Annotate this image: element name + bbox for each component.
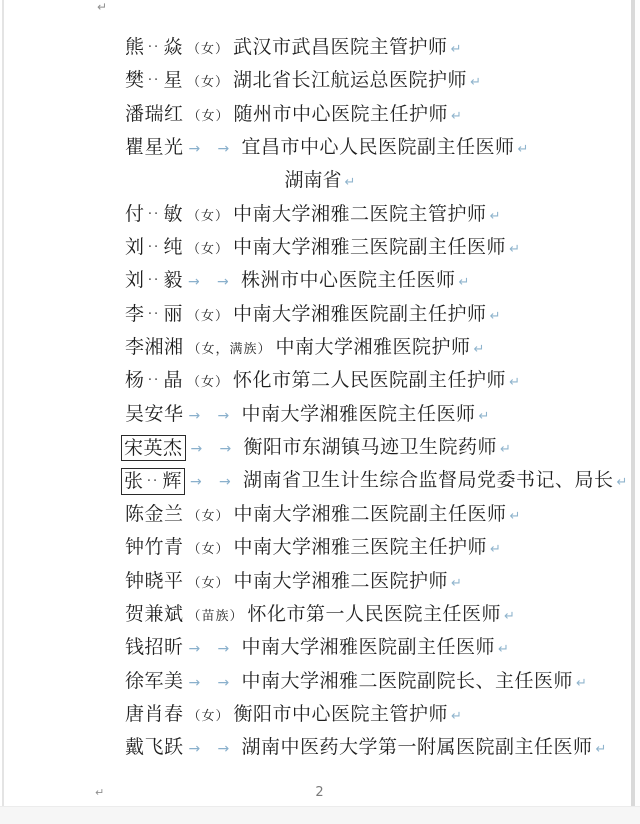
paragraph-return-icon: ↵ bbox=[509, 375, 520, 390]
paragraph-return-icon: ↵ bbox=[97, 0, 107, 14]
affiliation-text: 中南大学湘雅三医院主任护师 bbox=[234, 536, 488, 558]
entry-row: 瞿星光→→宜昌市中心人民医院副主任医师↵ bbox=[125, 131, 640, 164]
gender-ethnicity-note: （女） bbox=[187, 309, 229, 324]
entry-row: 李··丽（女）中南大学湘雅医院副主任护师↵ bbox=[125, 298, 640, 331]
affiliation-text: 中南大学湘雅二医院副院长、主任医师 bbox=[242, 670, 574, 692]
space-dots-icon: ·· bbox=[145, 198, 164, 231]
entry-row: 潘瑞红（女）随州市中心医院主任护师↵ bbox=[125, 98, 640, 131]
person-name: 张··辉 bbox=[124, 470, 182, 492]
paragraph-return-icon: ↵ bbox=[459, 275, 470, 290]
gender-ethnicity-note: （女） bbox=[187, 42, 229, 57]
person-name: 徐军美 bbox=[125, 670, 184, 692]
gender-ethnicity-note: （女） bbox=[188, 509, 230, 524]
space-dots-icon: ·· bbox=[144, 470, 163, 494]
paragraph-return-icon: ↵ bbox=[490, 209, 501, 224]
paragraph-return-icon: ↵ bbox=[490, 309, 501, 324]
person-name: 瞿星光 bbox=[125, 136, 184, 158]
tab-mark-icon: → bbox=[185, 466, 214, 499]
entry-row: 杨··晶（女）怀化市第二人民医院副主任护师↵ bbox=[125, 364, 640, 397]
person-name: 刘··纯 bbox=[125, 236, 183, 258]
space-dots-icon: ·· bbox=[145, 64, 164, 97]
paragraph-return-icon: ↵ bbox=[576, 676, 587, 691]
entry-row: 付··敏（女）中南大学湘雅二医院主管护师↵ bbox=[125, 198, 640, 231]
gender-ethnicity-note: （女） bbox=[187, 375, 229, 390]
tab-mark-icon: → bbox=[213, 733, 242, 766]
entry-row: 宋英杰→→衡阳市东湖镇马迹卫生院药师↵ bbox=[125, 431, 640, 464]
affiliation-text: 中南大学湘雅医院副主任医师 bbox=[242, 636, 496, 658]
person-name: 陈金兰 bbox=[125, 503, 184, 525]
paragraph-return-icon: ↵ bbox=[470, 75, 481, 90]
paragraph-return-icon: ↵ bbox=[504, 609, 515, 624]
person-name: 唐肖春 bbox=[125, 703, 184, 725]
word-document-page[interactable]: { "marks": { "tab_arrow": "→", "return_m… bbox=[0, 0, 640, 824]
person-name: 付··敏 bbox=[125, 203, 183, 225]
gender-ethnicity-note: （女） bbox=[188, 109, 230, 124]
tab-mark-icon: → bbox=[214, 466, 243, 499]
tab-mark-icon: → bbox=[184, 733, 213, 766]
section-heading-row: 湖南省↵ bbox=[0, 164, 640, 197]
tab-mark-icon: → bbox=[184, 133, 213, 166]
paragraph-return-icon: ↵ bbox=[509, 242, 520, 257]
space-dots-icon: ·· bbox=[145, 231, 164, 264]
person-name: 李··丽 bbox=[125, 303, 183, 325]
tab-mark-icon: → bbox=[213, 667, 242, 700]
person-name: 李湘湘 bbox=[125, 336, 184, 358]
affiliation-text: 株洲市中心医院主任医师 bbox=[241, 269, 456, 291]
name-box: 张··辉 bbox=[121, 468, 185, 495]
tab-mark-icon: → bbox=[184, 400, 213, 433]
entry-row: 钟晓平（女）中南大学湘雅二医院护师↵ bbox=[125, 565, 640, 598]
affiliation-text: 中南大学湘雅二医院主管护师 bbox=[233, 203, 487, 225]
person-name: 熊··焱 bbox=[125, 36, 183, 58]
affiliation-text: 中南大学湘雅医院护师 bbox=[276, 336, 471, 358]
entry-row: 刘··毅→→株洲市中心医院主任医师↵ bbox=[125, 264, 640, 297]
entry-row: 刘··纯（女）中南大学湘雅三医院副主任医师↵ bbox=[125, 231, 640, 264]
person-name: 钟竹青 bbox=[125, 536, 184, 558]
gender-ethnicity-note: （女） bbox=[188, 709, 230, 724]
paragraph-return-icon: ↵ bbox=[596, 742, 607, 757]
entry-row: 钱招昕→→中南大学湘雅医院副主任医师↵ bbox=[125, 631, 640, 664]
gender-ethnicity-note: （苗族） bbox=[188, 609, 244, 624]
tab-mark-icon: → bbox=[215, 433, 244, 466]
person-name: 钟晓平 bbox=[125, 570, 184, 592]
affiliation-text: 衡阳市中心医院主管护师 bbox=[234, 703, 449, 725]
space-dots-icon: ·· bbox=[145, 298, 164, 331]
tab-mark-icon: → bbox=[183, 266, 212, 299]
tab-mark-icon: → bbox=[184, 633, 213, 666]
person-name: 戴飞跃 bbox=[125, 736, 184, 758]
affiliation-text: 中南大学湘雅二医院副主任医师 bbox=[234, 503, 507, 525]
affiliation-text: 武汉市武昌医院主管护师 bbox=[233, 36, 448, 58]
affiliation-text: 中南大学湘雅三医院副主任医师 bbox=[233, 236, 506, 258]
affiliation-text: 中南大学湘雅二医院护师 bbox=[234, 570, 449, 592]
paragraph-return-icon: ↵ bbox=[474, 342, 485, 357]
space-dots-icon: ·· bbox=[145, 364, 164, 397]
affiliation-text: 衡阳市东湖镇马迹卫生院药师 bbox=[244, 436, 498, 458]
space-dots-icon: ·· bbox=[145, 264, 164, 297]
affiliation-text: 中南大学湘雅医院副主任护师 bbox=[233, 303, 487, 325]
person-name: 宋英杰 bbox=[124, 437, 183, 459]
person-name: 潘瑞红 bbox=[125, 103, 184, 125]
affiliation-text: 湖南省卫生计生综合监督局党委书记、局长 bbox=[243, 469, 614, 491]
paragraph-return-icon: ↵ bbox=[617, 475, 628, 490]
paragraph-return-icon: ↵ bbox=[490, 542, 501, 557]
gender-ethnicity-note: （女） bbox=[187, 209, 229, 224]
person-name: 杨··晶 bbox=[125, 369, 183, 391]
gender-ethnicity-note: （女） bbox=[188, 542, 230, 557]
paragraph-return-icon: ↵ bbox=[498, 642, 509, 657]
entry-row: 钟竹青（女）中南大学湘雅三医院主任护师↵ bbox=[125, 531, 640, 564]
entry-row: 唐肖春（女）衡阳市中心医院主管护师↵ bbox=[125, 698, 640, 731]
page-number: 2 bbox=[0, 782, 640, 804]
gender-ethnicity-note: （女） bbox=[188, 576, 230, 591]
affiliation-text: 宜昌市中心人民医院副主任医师 bbox=[242, 136, 515, 158]
entry-row: 徐军美→→中南大学湘雅二医院副院长、主任医师↵ bbox=[125, 665, 640, 698]
person-name: 吴安华 bbox=[125, 403, 184, 425]
paragraph-return-icon: ↵ bbox=[500, 442, 511, 457]
gender-ethnicity-note: （女，满族） bbox=[188, 342, 272, 357]
gender-ethnicity-note: （女） bbox=[187, 242, 229, 257]
affiliation-text: 湖北省长江航运总医院护师 bbox=[233, 69, 467, 91]
person-name: 贺兼斌 bbox=[125, 603, 184, 625]
person-name: 刘··毅 bbox=[125, 269, 183, 291]
name-box: 宋英杰 bbox=[121, 435, 186, 461]
paragraph-return-icon: ↵ bbox=[479, 409, 490, 424]
paragraph-return-icon: ↵ bbox=[451, 576, 462, 591]
entry-row: 贺兼斌（苗族）怀化市第一人民医院主任医师↵ bbox=[125, 598, 640, 631]
affiliation-text: 怀化市第一人民医院主任医师 bbox=[248, 603, 502, 625]
affiliation-text: 湖南中医药大学第一附属医院副主任医师 bbox=[242, 736, 593, 758]
affiliation-text: 怀化市第二人民医院副主任护师 bbox=[233, 369, 506, 391]
document-body[interactable]: 熊··焱（女）武汉市武昌医院主管护师↵樊··星（女）湖北省长江航运总医院护师↵潘… bbox=[0, 31, 640, 765]
entry-row: 樊··星（女）湖北省长江航运总医院护师↵ bbox=[125, 64, 640, 97]
person-name: 樊··星 bbox=[125, 69, 183, 91]
entry-row: 吴安华→→中南大学湘雅医院主任医师↵ bbox=[125, 398, 640, 431]
entry-row: 熊··焱（女）武汉市武昌医院主管护师↵ bbox=[125, 31, 640, 64]
tab-mark-icon: → bbox=[213, 400, 242, 433]
space-dots-icon: ·· bbox=[145, 31, 164, 64]
page-bottom-edge bbox=[0, 806, 640, 824]
paragraph-return-icon: ↵ bbox=[451, 109, 462, 124]
paragraph-return-icon: ↵ bbox=[451, 42, 462, 57]
entry-row: 张··辉→→湖南省卫生计生综合监督局党委书记、局长↵ bbox=[125, 464, 640, 497]
gender-ethnicity-note: （女） bbox=[187, 75, 229, 90]
section-heading: 湖南省 bbox=[285, 169, 342, 191]
tab-mark-icon: → bbox=[184, 667, 213, 700]
paragraph-return-icon: ↵ bbox=[345, 175, 356, 190]
tab-mark-icon: → bbox=[186, 433, 215, 466]
affiliation-text: 中南大学湘雅医院主任医师 bbox=[242, 403, 476, 425]
page-footer: ↵ 2 bbox=[0, 782, 640, 804]
entry-row: 陈金兰（女）中南大学湘雅二医院副主任医师↵ bbox=[125, 498, 640, 531]
person-name: 钱招昕 bbox=[125, 636, 184, 658]
entry-row: 戴飞跃→→湖南中医药大学第一附属医院副主任医师↵ bbox=[125, 731, 640, 764]
paragraph-return-icon: ↵ bbox=[510, 509, 521, 524]
tab-mark-icon: → bbox=[212, 266, 241, 299]
entry-row: 李湘湘（女，满族）中南大学湘雅医院护师↵ bbox=[125, 331, 640, 364]
paragraph-return-icon: ↵ bbox=[518, 142, 529, 157]
tab-mark-icon: → bbox=[213, 133, 242, 166]
tab-mark-icon: → bbox=[213, 633, 242, 666]
affiliation-text: 随州市中心医院主任护师 bbox=[234, 103, 449, 125]
paragraph-return-icon: ↵ bbox=[451, 709, 462, 724]
